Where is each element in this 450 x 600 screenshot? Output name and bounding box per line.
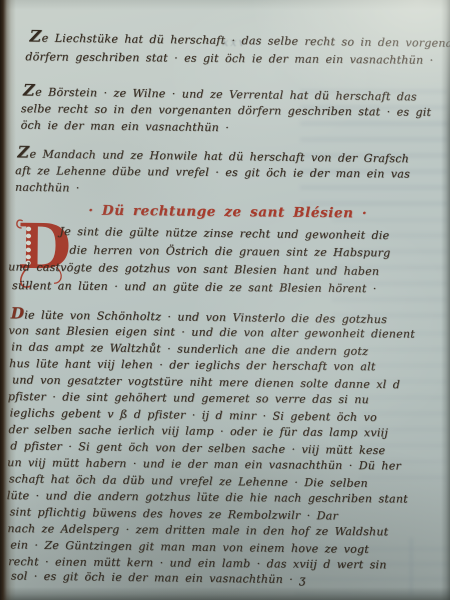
manuscript-line: und von gesatzter vogtstüre niht mere di… [12, 373, 400, 391]
manuscript-line: Ze Liechstüke hat dü herschaft · das sel… [30, 29, 450, 50]
manuscript-line: schaft hat öch da düb und vrefel ze Lehe… [9, 472, 368, 490]
manuscript-line: Die lüte von Schönholtz · und von Vinste… [11, 307, 388, 326]
manuscript-line: sint pflichtig büwens des hoves ze Rembo… [10, 505, 339, 522]
rubric-heading: · Dü rechtunge ze sant Blésien · [68, 202, 388, 221]
manuscript-line: nachthün · [15, 181, 80, 195]
manuscript-line: ein · Ze Güntzingen git man man von eine… [10, 538, 369, 556]
paragraph-liechstuke: Ze Liechstüke hat dü herschaft · das sel… [0, 0, 450, 2]
manuscript-line: sol · es git öch ie der man ein vasnacht… [11, 569, 306, 586]
manuscript-line: selbe recht so in den vorgenanten dörfer… [21, 102, 431, 119]
manuscript-line: in das ampt ze Waltzhůt · sunderlich ane… [11, 340, 368, 357]
manuscript-line: öch ie der man ein vasnachthün · [21, 119, 230, 135]
manuscript-line: hus lüte hant viij lehen · der ieglichs … [9, 357, 376, 373]
manuscript-line: un viij mütt habern · und ie der man ein… [7, 456, 401, 472]
manuscript-line: der selben sache ierlich viij lamp · ode… [8, 423, 388, 439]
manuscript-line: d pfister · Si gent öch von der selben s… [10, 439, 385, 457]
manuscript-line: nach ze Adelsperg · zem dritten male in … [7, 522, 388, 538]
manuscript-line: die herren von Östrich die grauen sint z… [69, 244, 390, 260]
manuscript-line: dörfern geschriben stat · es git öch ie … [25, 50, 433, 67]
page-content: · xxv · Ze Liechstüke hat dü herschaft ·… [0, 0, 450, 600]
manuscript-line: Je sint die gülte nütze zinse recht und … [59, 225, 389, 242]
paragraph-sant-blesien-intro: Je sint die gülte nütze zinse recht und … [0, 0, 450, 2]
manuscript-line: aft ze Lehenne dübe und vrefel · es git … [15, 164, 410, 180]
manuscript-photo: · xxv · Ze Liechstüke hat dü herschaft ·… [0, 0, 450, 600]
manuscript-line: lüte · und die andern gotzhus lüte die h… [7, 489, 408, 505]
manuscript-line: von sant Blesien eigen sint · und die vo… [8, 324, 414, 341]
manuscript-line: ieglichs gebent v ß d pfister · ij d min… [10, 406, 377, 424]
manuscript-line: recht · einen mütt kern · und ein lamb ·… [8, 555, 387, 571]
manuscript-line: Ze Börstein · ze Wilne · und ze Verrenta… [23, 83, 417, 103]
manuscript-line: Ze Mandach und ze Honwile hat dü herscha… [17, 145, 409, 165]
paragraph-mandach: Ze Mandach und ze Honwile hat dü herscha… [0, 0, 450, 2]
manuscript-line: pfister · die sint gehöhert und gemeret … [8, 390, 369, 406]
paragraph-borstein: Ze Börstein · ze Wilne · und ze Verrenta… [0, 0, 450, 2]
paragraph-schonholtz-vinsterlo: Die lüte von Schönholtz · und von Vinste… [0, 0, 450, 2]
